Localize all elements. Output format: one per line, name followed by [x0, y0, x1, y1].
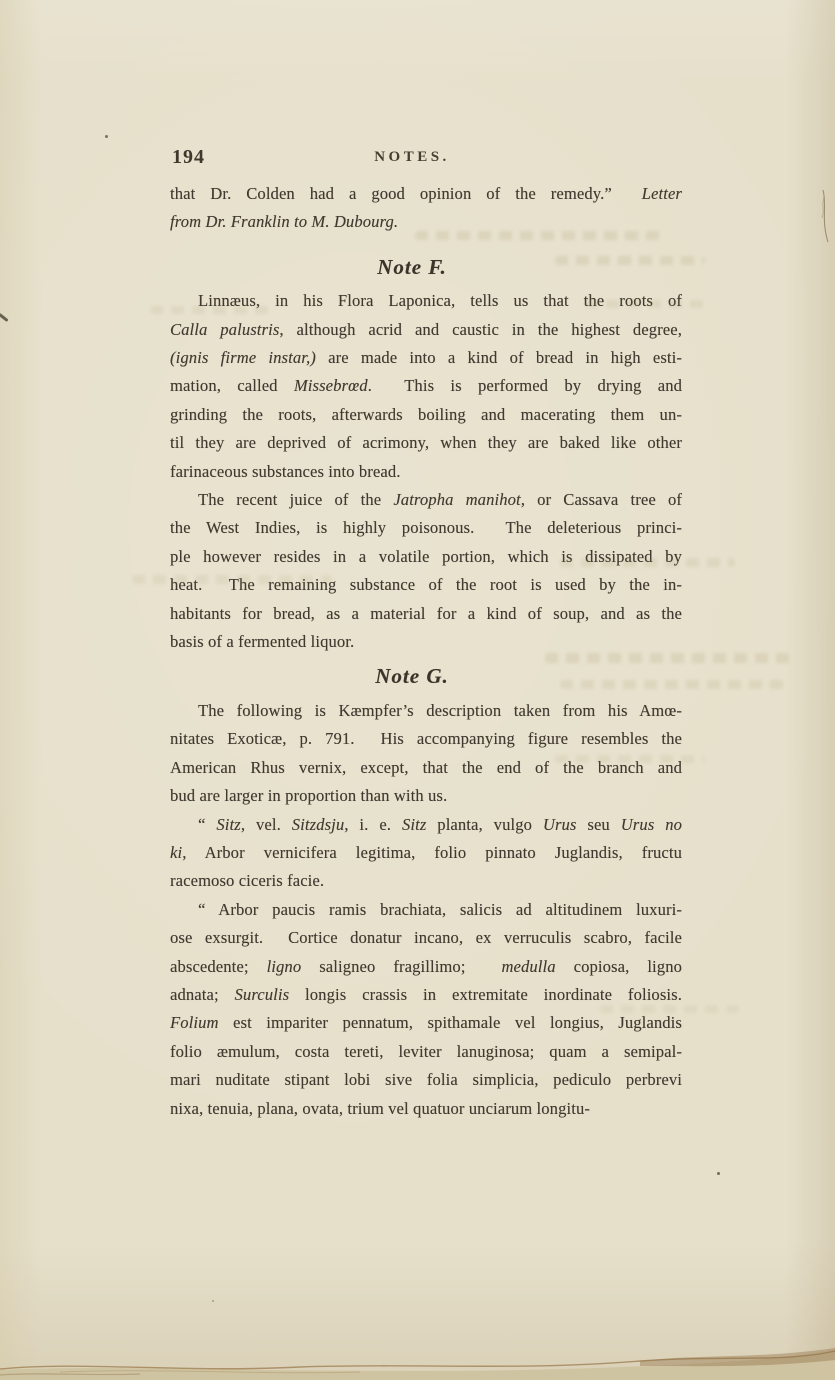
body-text: copiosa, ligno — [556, 957, 682, 976]
body-text: saligneo fragillimo; — [301, 957, 501, 976]
text-line: ki, Arbor vernicifera legitima, folio pi… — [170, 839, 682, 867]
text-line: Calla palustris, although acrid and caus… — [170, 316, 682, 344]
body-text: The following is Kæmpfer’s description t… — [198, 701, 682, 720]
text-line: the West Indies, is highly poisonous. Th… — [170, 514, 682, 542]
body-text: the West Indies, is highly poisonous. Th… — [170, 518, 682, 537]
italic-text: Letter — [642, 184, 682, 203]
italic-text: medulla — [501, 957, 555, 976]
paragraph: “ Sitz, vel. Sitzdsju, i. e. Sitz planta… — [170, 811, 682, 896]
text-line: nixa, tenuia, plana, ovata, trium vel qu… — [170, 1095, 682, 1123]
paper-speck — [212, 1300, 214, 1302]
text-line: nitates Exoticæ, p. 791. His accompanyin… — [170, 725, 682, 753]
italic-text: Urus no — [621, 815, 682, 834]
deckle-edge — [0, 1328, 835, 1380]
body-text: bud are larger in proportion than with u… — [170, 786, 447, 805]
text-line: abscedente; ligno saligneo fragillimo; m… — [170, 953, 682, 981]
showthrough-mark — [555, 256, 705, 265]
text-line: “ Sitz, vel. Sitzdsju, i. e. Sitz planta… — [170, 811, 682, 839]
body-text: farinaceous substances into bread. — [170, 462, 401, 481]
body-text: grinding the roots, afterwards boiling a… — [170, 405, 682, 424]
italic-text: (ignis firme instar,) — [170, 348, 316, 367]
text-line: mari nuditate stipant lobi sive folia si… — [170, 1066, 682, 1094]
body-text: abscedente; — [170, 957, 267, 976]
paragraph: that Dr. Colden had a good opinion of th… — [170, 180, 682, 237]
body-text: nitates Exoticæ, p. 791. His accompanyin… — [170, 729, 682, 748]
italic-text: Sitzdsju — [292, 815, 345, 834]
body-text: mation, called — [170, 376, 294, 395]
text-line: The recent juice of the Jatropha manihot… — [170, 486, 682, 514]
italic-text: Surculis — [235, 985, 290, 1004]
text-column: that Dr. Colden had a good opinion of th… — [170, 180, 682, 1123]
italic-text: Folium — [170, 1013, 219, 1032]
body-text: that Dr. Colden had a good opinion of th… — [170, 184, 642, 203]
body-text: ose exsurgit. Cortice donatur incano, ex… — [170, 928, 682, 947]
book-page: 194 NOTES. that Dr. Colden had a good op… — [0, 0, 835, 1380]
text-line: “ Arbor paucis ramis brachiata, salicis … — [170, 896, 682, 924]
body-text: , although acrid and caustic in the high… — [279, 320, 682, 339]
italic-text: ki — [170, 843, 182, 862]
text-line: ose exsurgit. Cortice donatur incano, ex… — [170, 924, 682, 952]
body-text: racemoso ciceris facie. — [170, 871, 324, 890]
italic-text: Jatropha manihot — [393, 490, 520, 509]
italic-text: Sitz — [216, 815, 240, 834]
paper-speck — [105, 135, 108, 138]
text-line: mation, called Missebrœd. This is perfor… — [170, 372, 682, 400]
body-text: , vel. — [241, 815, 292, 834]
body-text: mari nuditate stipant lobi sive folia si… — [170, 1070, 682, 1089]
body-text: seu — [577, 815, 621, 834]
body-text: , or Cassava tree of — [521, 490, 682, 509]
text-line: (ignis firme instar,) are made into a ki… — [170, 344, 682, 372]
body-text: nixa, tenuia, plana, ovata, trium vel qu… — [170, 1099, 590, 1118]
body-text: are made into a kind of bread in high es… — [316, 348, 682, 367]
showthrough-mark — [585, 300, 705, 308]
italic-text: ligno — [267, 957, 302, 976]
text-line: racemoso ciceris facie. — [170, 867, 682, 895]
body-text: planta, vulgo — [426, 815, 542, 834]
showthrough-mark — [132, 575, 332, 584]
showthrough-mark — [415, 231, 665, 240]
text-line: that Dr. Colden had a good opinion of th… — [170, 180, 682, 208]
body-text: , i. e. — [344, 815, 402, 834]
paper-speck — [717, 1172, 720, 1175]
text-line: bud are larger in proportion than with u… — [170, 782, 682, 810]
paragraph: The recent juice of the Jatropha manihot… — [170, 486, 682, 656]
text-line: til they are deprived of acrimony, when … — [170, 429, 682, 457]
running-head: NOTES. — [156, 149, 668, 166]
body-text: . This is performed by drying and — [368, 376, 682, 395]
text-line: habitants for bread, as a material for a… — [170, 600, 682, 628]
body-text: est impariter pennatum, spithamale vel l… — [219, 1013, 682, 1032]
paragraph: Linnæus, in his Flora Laponica, tells us… — [170, 287, 682, 486]
body-text: folio æmulum, costa tereti, leviter lanu… — [170, 1042, 682, 1061]
margin-pen-mark — [0, 313, 9, 322]
body-text: The recent juice of the — [198, 490, 393, 509]
italic-text: from Dr. Franklin to M. Dubourg. — [170, 212, 398, 231]
page-header: 194 NOTES. — [170, 146, 682, 172]
body-text: habitants for bread, as a material for a… — [170, 604, 682, 623]
showthrough-mark — [600, 1005, 740, 1013]
showthrough-mark — [560, 680, 785, 689]
italic-text: Sitz — [402, 815, 426, 834]
body-text: basis of a fermented liquor. — [170, 632, 354, 651]
italic-text: Urus — [543, 815, 577, 834]
showthrough-mark — [555, 755, 705, 763]
italic-text: Calla palustris — [170, 320, 279, 339]
body-text: longis crassis in extremitate inordinate… — [289, 985, 682, 1004]
text-line: grinding the roots, afterwards boiling a… — [170, 401, 682, 429]
body-text: til they are deprived of acrimony, when … — [170, 433, 682, 452]
body-text: adnata; — [170, 985, 235, 1004]
text-line: folio æmulum, costa tereti, leviter lanu… — [170, 1038, 682, 1066]
italic-text: Missebrœd — [294, 376, 368, 395]
text-line: farinaceous substances into bread. — [170, 458, 682, 486]
text-line: The following is Kæmpfer’s description t… — [170, 697, 682, 725]
paragraph: The following is Kæmpfer’s description t… — [170, 697, 682, 811]
text-line: Folium est impariter pennatum, spithamal… — [170, 1009, 682, 1037]
hair-fiber-artifact — [815, 180, 835, 260]
showthrough-mark — [150, 306, 270, 314]
body-text: “ Arbor paucis ramis brachiata, salicis … — [198, 900, 682, 919]
body-text: , Arbor vernicifera legitima, folio pinn… — [182, 843, 682, 862]
body-text: “ — [198, 815, 216, 834]
showthrough-mark — [560, 558, 735, 567]
showthrough-mark — [545, 653, 790, 663]
